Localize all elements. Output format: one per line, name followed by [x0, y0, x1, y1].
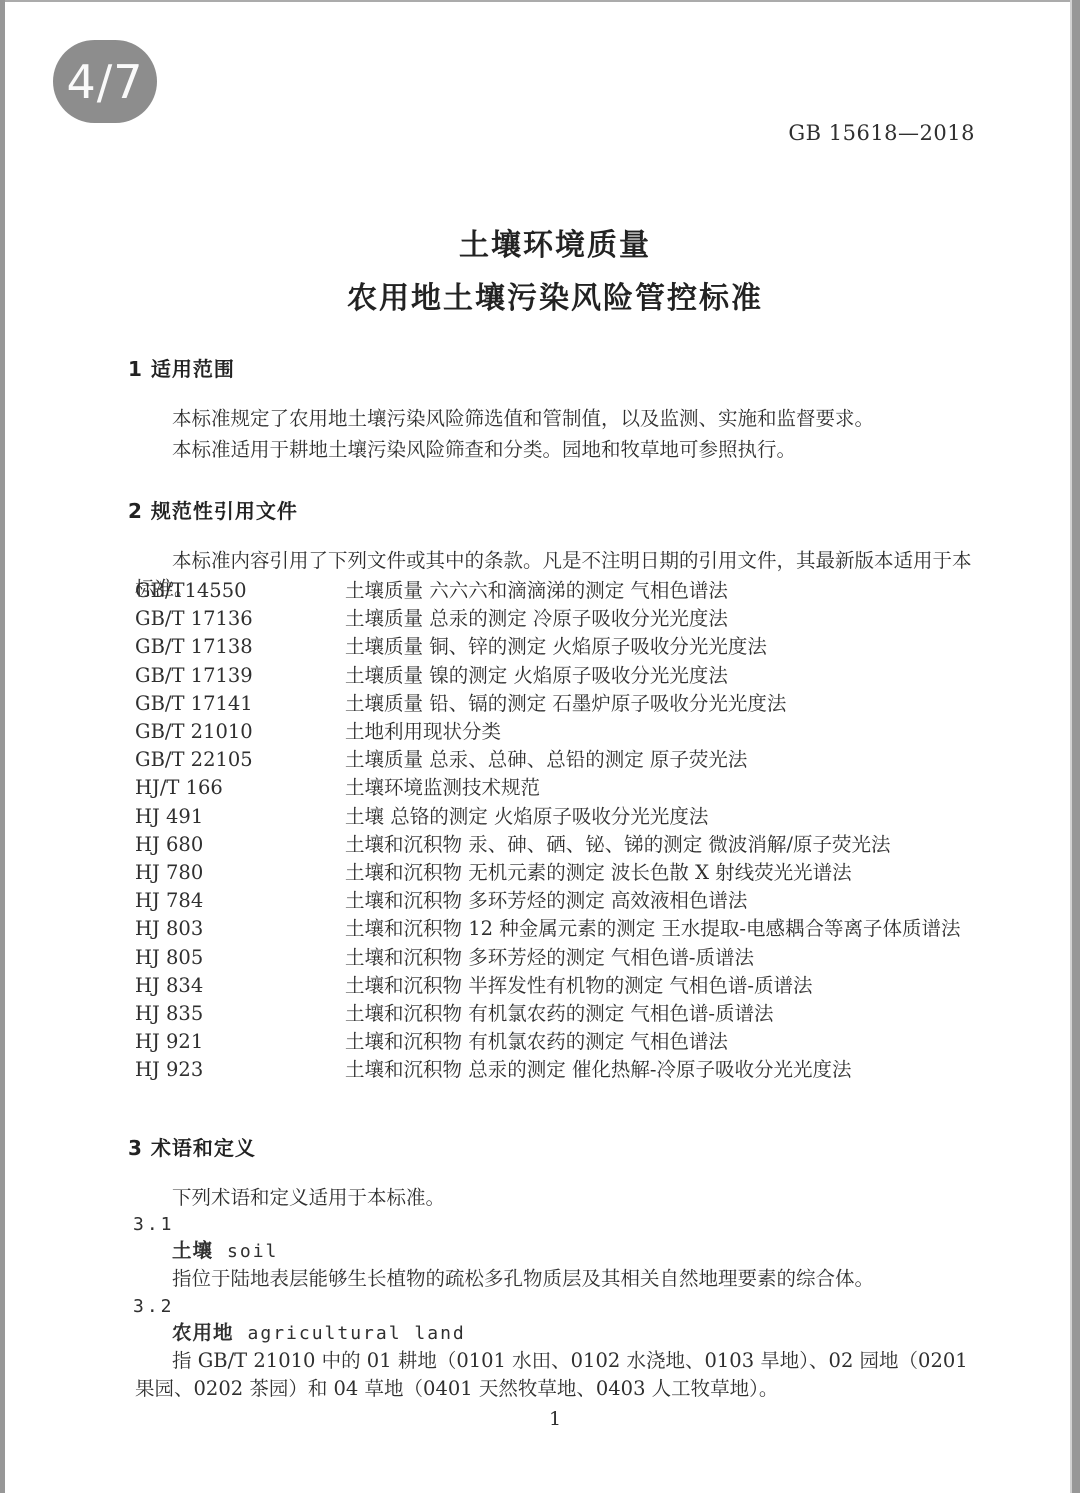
reference-code: HJ 805 — [135, 944, 345, 972]
term-number: 3.1 — [133, 1212, 985, 1238]
term-definition: 指位于陆地表层能够生长植物的疏松多孔物质层及其相关自然地理要素的综合体。 — [135, 1265, 985, 1294]
term-block: 3.1 土壤soil 指位于陆地表层能够生长植物的疏松多孔物质层及其相关自然地理… — [135, 1212, 985, 1294]
term-number: 3.2 — [133, 1294, 985, 1320]
reference-title: 土壤和沉积物 总汞的测定 催化热解-冷原子吸收分光光度法 — [345, 1056, 985, 1084]
viewer-left-edge — [0, 0, 5, 1493]
term-name: 农用地agricultural land — [172, 1320, 985, 1347]
reference-code: GB/T 22105 — [135, 746, 345, 774]
reference-code: HJ 834 — [135, 972, 345, 1000]
section-2-heading: 2 规范性引用文件 — [128, 495, 298, 524]
reference-row: GB/T 22105 土壤质量 总汞、总砷、总铅的测定 原子荧光法 — [135, 746, 985, 774]
reference-title: 土壤质量 总汞的测定 冷原子吸收分光光度法 — [345, 605, 985, 633]
reference-row: HJ 803 土壤和沉积物 12 种金属元素的测定 王水提取-电感耦合等离子体质… — [135, 915, 985, 943]
section-1-paragraphs: 本标准规定了农用地土壤污染风险筛选值和管制值，以及监测、实施和监督要求。 本标准… — [135, 403, 987, 465]
reference-row: GB/T 17138 土壤质量 铜、锌的测定 火焰原子吸收分光光度法 — [135, 633, 985, 661]
term-definition: 指 GB/T 21010 中的 01 耕地（0101 水田、0102 水浇地、0… — [135, 1347, 985, 1404]
reference-row: HJ 923 土壤和沉积物 总汞的测定 催化热解-冷原子吸收分光光度法 — [135, 1056, 985, 1084]
section-3-intro-text: 下列术语和定义适用于本标准。 — [135, 1185, 987, 1211]
viewer-right-edge — [1070, 0, 1080, 1493]
reference-title: 土壤和沉积物 汞、砷、硒、铋、锑的测定 微波消解/原子荧光法 — [345, 831, 985, 859]
reference-row: HJ/T 166 土壤环境监测技术规范 — [135, 774, 985, 802]
reference-row: HJ 834 土壤和沉积物 半挥发性有机物的测定 气相色谱-质谱法 — [135, 972, 985, 1000]
standard-code: GB 15618—2018 — [135, 121, 975, 145]
reference-row: GB/T14550 土壤质量 六六六和滴滴涕的测定 气相色谱法 — [135, 577, 985, 605]
reference-title: 土壤质量 镍的测定 火焰原子吸收分光光度法 — [345, 662, 985, 690]
section-1-heading: 1 适用范围 — [128, 353, 235, 382]
section-3-intro: 下列术语和定义适用于本标准。 — [135, 1185, 987, 1211]
reference-title: 土壤质量 铅、镉的测定 石墨炉原子吸收分光光度法 — [345, 690, 985, 718]
reference-title: 土壤环境监测技术规范 — [345, 774, 985, 802]
section-1-paragraph: 本标准适用于耕地土壤污染风险筛查和分类。园地和牧草地可参照执行。 — [135, 434, 987, 465]
reference-code: HJ 923 — [135, 1056, 345, 1084]
reference-title: 土壤和沉积物 多环芳烃的测定 气相色谱-质谱法 — [345, 944, 985, 972]
page-count-badge: 4/7 — [53, 40, 157, 123]
reference-title: 土地利用现状分类 — [345, 718, 985, 746]
term-name-en: soil — [227, 1241, 278, 1262]
viewer-top-edge — [0, 0, 1080, 2]
reference-row: GB/T 17141 土壤质量 铅、镉的测定 石墨炉原子吸收分光光度法 — [135, 690, 985, 718]
reference-code: HJ 803 — [135, 915, 345, 943]
reference-row: GB/T 17136 土壤质量 总汞的测定 冷原子吸收分光光度法 — [135, 605, 985, 633]
reference-row: GB/T 17139 土壤质量 镍的测定 火焰原子吸收分光光度法 — [135, 662, 985, 690]
reference-title: 土壤和沉积物 有机氯农药的测定 气相色谱法 — [345, 1028, 985, 1056]
document-viewer: 4/7 GB 15618—2018 土壤环境质量 农用地土壤污染风险管控标准 1… — [0, 0, 1080, 1493]
page-count-label: 4/7 — [66, 55, 143, 109]
reference-code: HJ 835 — [135, 1000, 345, 1028]
reference-code: GB/T 17138 — [135, 633, 345, 661]
reference-code: GB/T 17139 — [135, 662, 345, 690]
reference-code: GB/T 17136 — [135, 605, 345, 633]
reference-title: 土壤质量 六六六和滴滴涕的测定 气相色谱法 — [345, 577, 985, 605]
reference-code: GB/T 21010 — [135, 718, 345, 746]
terms-and-definitions: 3.1 土壤soil 指位于陆地表层能够生长植物的疏松多孔物质层及其相关自然地理… — [135, 1212, 985, 1404]
term-name-en: agricultural land — [248, 1323, 466, 1344]
reference-title: 土壤和沉积物 无机元素的测定 波长色散 X 射线荧光光谱法 — [345, 859, 985, 887]
reference-code: HJ 680 — [135, 831, 345, 859]
reference-title: 土壤质量 总汞、总砷、总铅的测定 原子荧光法 — [345, 746, 985, 774]
reference-code: HJ 780 — [135, 859, 345, 887]
reference-title: 土壤和沉积物 半挥发性有机物的测定 气相色谱-质谱法 — [345, 972, 985, 1000]
reference-title: 土壤和沉积物 12 种金属元素的测定 王水提取-电感耦合等离子体质谱法 — [345, 915, 985, 943]
reference-title: 土壤 总铬的测定 火焰原子吸收分光光度法 — [345, 803, 985, 831]
reference-row: HJ 780 土壤和沉积物 无机元素的测定 波长色散 X 射线荧光光谱法 — [135, 859, 985, 887]
reference-row: HJ 784 土壤和沉积物 多环芳烃的测定 高效液相色谱法 — [135, 887, 985, 915]
reference-code: HJ 784 — [135, 887, 345, 915]
reference-row: HJ 805 土壤和沉积物 多环芳烃的测定 气相色谱-质谱法 — [135, 944, 985, 972]
term-name: 土壤soil — [172, 1238, 985, 1265]
reference-code: HJ 921 — [135, 1028, 345, 1056]
reference-code: HJ 491 — [135, 803, 345, 831]
term-name-zh: 土壤 — [172, 1239, 213, 1262]
reference-row: HJ 921 土壤和沉积物 有机氯农药的测定 气相色谱法 — [135, 1028, 985, 1056]
section-1-paragraph: 本标准规定了农用地土壤污染风险筛选值和管制值，以及监测、实施和监督要求。 — [135, 403, 987, 434]
term-name-zh: 农用地 — [172, 1321, 234, 1344]
reference-code: GB/T14550 — [135, 577, 345, 605]
reference-row: HJ 680 土壤和沉积物 汞、砷、硒、铋、锑的测定 微波消解/原子荧光法 — [135, 831, 985, 859]
reference-row: HJ 835 土壤和沉积物 有机氯农药的测定 气相色谱-质谱法 — [135, 1000, 985, 1028]
reference-title: 土壤和沉积物 多环芳烃的测定 高效液相色谱法 — [345, 887, 985, 915]
reference-code: HJ/T 166 — [135, 774, 345, 802]
reference-title: 土壤质量 铜、锌的测定 火焰原子吸收分光光度法 — [345, 633, 985, 661]
reference-code: GB/T 17141 — [135, 690, 345, 718]
reference-row: HJ 491 土壤 总铬的测定 火焰原子吸收分光光度法 — [135, 803, 985, 831]
reference-row: GB/T 21010 土地利用现状分类 — [135, 718, 985, 746]
document-title-line2: 农用地土壤污染风险管控标准 — [135, 273, 975, 317]
term-block: 3.2 农用地agricultural land 指 GB/T 21010 中的… — [135, 1294, 985, 1404]
page-number: 1 — [135, 1408, 975, 1430]
reference-title: 土壤和沉积物 有机氯农药的测定 气相色谱-质谱法 — [345, 1000, 985, 1028]
reference-list: GB/T14550 土壤质量 六六六和滴滴涕的测定 气相色谱法 GB/T 171… — [135, 577, 985, 1085]
document-title-line1: 土壤环境质量 — [135, 220, 975, 264]
section-3-heading: 3 术语和定义 — [128, 1132, 256, 1161]
